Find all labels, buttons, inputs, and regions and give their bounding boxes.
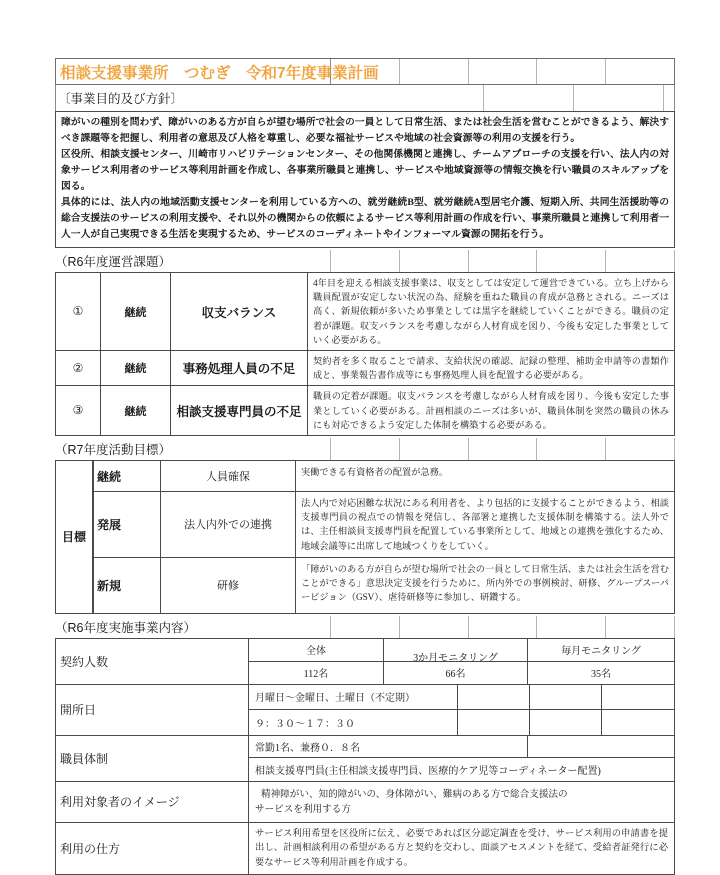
contract-count-row: 契約人数 全体 3か月モニタリング 毎月モニタリング 112名 66名 35名 — [56, 639, 674, 685]
issue-number: ③ — [56, 386, 101, 435]
empty-grid-cell — [330, 438, 399, 460]
open-hours-value: ９：３０～１７：３０ — [249, 710, 458, 735]
goal-topic: 研修 — [161, 558, 296, 613]
usage-text: サービス利用希望を区役所に伝え、必要であれば区分認定調査を受け、サービス利用の申… — [249, 823, 674, 875]
contract-val-3month: 66名 — [384, 662, 528, 684]
issue-number: ① — [56, 273, 101, 350]
empty-grid-cell — [458, 685, 530, 709]
empty-grid-cell — [664, 85, 674, 111]
issue-detail: 職員の定着が課題。収支バランスを考慮しながら人材育成を図り、今後も安定した事業と… — [308, 386, 674, 435]
issue-topic: 事務処理人員の不足 — [171, 351, 308, 385]
staff-label: 職員体制 — [56, 736, 249, 781]
goal-type: 発展 — [93, 492, 161, 557]
usage-label: 利用の仕方 — [56, 823, 249, 875]
purpose-heading: 〔事業目的及び方針〕 — [56, 85, 484, 111]
empty-grid-cell — [530, 685, 602, 709]
target-users-row: 利用対象者のイメージ 精神障がい、知的障がいの、身体障がい、難病のある方で総合支… — [56, 782, 674, 823]
table-row: 継続 人員確保 実働できる有資格者の配置が急務。 — [93, 461, 674, 492]
staff-line1: 常勤1名、兼務０．８名 — [249, 736, 528, 757]
purpose-paragraph-1: 障がいの種別を問わず、障がいのある方が自らが望む場所で社会の一員として日常生活、… — [61, 115, 669, 147]
open-days-row: 開所日 月曜日～金曜日、土曜日（不定期） ９：３０～１７：３０ — [56, 685, 674, 736]
goal-type: 新規 — [93, 558, 161, 613]
goals-heading: （R7年度活動目標） — [55, 440, 330, 460]
implementation-table: 契約人数 全体 3か月モニタリング 毎月モニタリング 112名 66名 35名 … — [55, 638, 675, 875]
target-users-label: 利用対象者のイメージ — [56, 782, 249, 822]
purpose-paragraph-2: 区役所、相談支援センター、川崎市リハビリテーションセンター、その他関係機関と連携… — [61, 147, 669, 195]
issues-table: ① 継続 収支バランス 4年目を迎える相談支援事業は、収支としては安定して運営で… — [55, 272, 675, 436]
empty-grid-cell — [602, 685, 674, 709]
issue-topic: 相談支援専門員の不足 — [171, 386, 308, 435]
goals-table: 目標 継続 人員確保 実働できる有資格者の配置が急務。 発展 法人内外での連携 … — [55, 460, 675, 614]
target-users-line1: 精神障がい、知的障がいの、身体障がい、難病のある方で総合支援法の — [255, 787, 668, 802]
usage-row: 利用の仕方 サービス利用希望を区役所に伝え、必要であれば区分認定調査を受け、サー… — [56, 823, 674, 875]
empty-grid-cell — [605, 438, 675, 460]
issues-heading-row: （R6年度運営課題） — [55, 248, 675, 272]
goal-detail: 法人内で対応困難な状況にある利用者を、より包括的に支援することができるよう、相談… — [296, 492, 674, 557]
contract-col-3month: 3か月モニタリング — [384, 639, 528, 661]
empty-grid-cell — [468, 616, 537, 638]
table-row: 発展 法人内外での連携 法人内で対応困難な状況にある利用者を、より包括的に支援す… — [93, 492, 674, 558]
contract-col-3month-label: 3か月モニタリング — [413, 649, 498, 664]
empty-grid-cell — [536, 438, 605, 460]
empty-grid-cell — [400, 59, 469, 84]
goal-detail: 「障がいのある方が自らが望む場所で社会の一員として日常生活、または社会生活を営む… — [296, 558, 674, 613]
purpose-heading-row: 〔事業目的及び方針〕 — [55, 85, 675, 111]
table-row: ① 継続 収支バランス 4年目を迎える相談支援事業は、収支としては安定して運営で… — [56, 273, 674, 351]
issue-type: 継続 — [101, 386, 171, 435]
contract-val-total: 112名 — [249, 662, 384, 684]
empty-grid-cell — [530, 710, 602, 735]
empty-grid-cell — [468, 438, 537, 460]
empty-grid-cell — [536, 616, 605, 638]
issue-topic: 収支バランス — [171, 273, 308, 350]
contract-col-monthly: 毎月モニタリング — [528, 639, 674, 661]
empty-grid-cell — [399, 250, 468, 272]
issues-heading: （R6年度運営課題） — [55, 252, 330, 272]
empty-grid-cell — [468, 250, 537, 272]
empty-grid-cell — [330, 616, 399, 638]
implementation-heading: （R6年度実施事業内容） — [55, 618, 330, 638]
empty-grid-cell — [605, 616, 675, 638]
empty-grid-cell — [602, 710, 674, 735]
empty-grid-cell — [484, 85, 574, 111]
open-days-label: 開所日 — [56, 685, 249, 735]
table-row: ② 継続 事務処理人員の不足 契約者を多く取ることで請求、支給状況の確認、記録の… — [56, 351, 674, 386]
goal-type: 継続 — [93, 461, 161, 491]
purpose-paragraphs: 障がいの種別を問わず、障がいのある方が自らが望む場所で社会の一員として日常生活、… — [55, 111, 675, 248]
goal-detail: 実働できる有資格者の配置が急務。 — [296, 461, 674, 491]
empty-grid-cell — [469, 59, 538, 84]
empty-grid-cell — [399, 438, 468, 460]
target-users-text: 精神障がい、知的障がいの、身体障がい、難病のある方で総合支援法の サービスを利用… — [249, 782, 674, 822]
empty-grid-cell — [458, 710, 530, 735]
title-row: 相談支援事業所 つむぎ 令和7年度事業計画 — [55, 58, 675, 85]
page-title: 相談支援事業所 つむぎ 令和7年度事業計画 — [56, 59, 331, 84]
empty-grid-cell — [331, 59, 400, 84]
open-days-value: 月曜日～金曜日、土曜日（不定期） — [249, 685, 458, 709]
empty-grid-cell — [605, 250, 675, 272]
empty-grid-cell — [606, 59, 674, 84]
goals-heading-row: （R7年度活動目標） — [55, 436, 675, 460]
issue-type: 継続 — [101, 351, 171, 385]
business-plan-document: 相談支援事業所 つむぎ 令和7年度事業計画 〔事業目的及び方針〕 障がいの種別を… — [55, 58, 675, 875]
table-row: 新規 研修 「障がいのある方が自らが望む場所で社会の一員として日常生活、または社… — [93, 558, 674, 613]
goals-row-label: 目標 — [56, 461, 93, 613]
contract-val-monthly: 35名 — [528, 662, 674, 684]
empty-grid-cell — [537, 59, 606, 84]
implementation-heading-row: （R6年度実施事業内容） — [55, 614, 675, 638]
empty-grid-cell — [528, 736, 674, 757]
issue-type: 継続 — [101, 273, 171, 350]
goal-topic: 人員確保 — [161, 461, 296, 491]
empty-grid-cell — [536, 250, 605, 272]
contract-count-label: 契約人数 — [56, 639, 249, 684]
issue-detail: 契約者を多く取ることで請求、支給状況の確認、記録の整理、補助金申請等の書類作成と… — [308, 351, 674, 385]
issue-detail: 4年目を迎える相談支援事業は、収支としては安定して運営できている。立ち上げから職… — [308, 273, 674, 350]
target-users-line2: サービスを利用する方 — [255, 802, 668, 817]
goal-topic: 法人内外での連携 — [161, 492, 296, 557]
empty-grid-cell — [574, 85, 664, 111]
empty-grid-cell — [330, 250, 399, 272]
staff-row: 職員体制 常勤1名、兼務０．８名 相談支援専門員(主任相談支援専門員、医療的ケア… — [56, 736, 674, 782]
table-row: ③ 継続 相談支援専門員の不足 職員の定着が課題。収支バランスを考慮しながら人材… — [56, 386, 674, 435]
contract-col-total: 全体 — [249, 639, 384, 661]
empty-grid-cell — [399, 616, 468, 638]
staff-line2: 相談支援専門員(主任相談支援専門員、医療的ケア児等コーディネーター配置) — [249, 758, 674, 781]
issue-number: ② — [56, 351, 101, 385]
purpose-paragraph-3: 具体的には、法人内の地域活動支援センターを利用している方への、就労継続B型、就労… — [61, 195, 669, 243]
